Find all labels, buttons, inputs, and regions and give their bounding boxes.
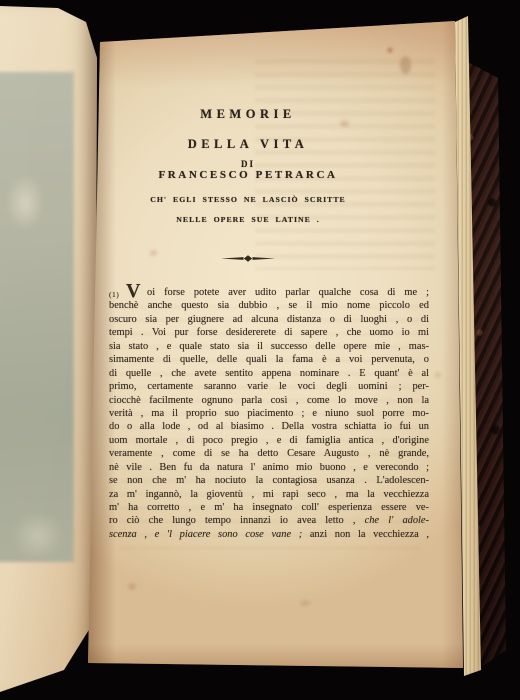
body-line: primo, certamente saranno varie le voci …: [109, 380, 429, 393]
body-line: m' ha corretto , e m' ha insegnato coll'…: [109, 501, 429, 514]
book-subtitle-line2: NELLE OPERE SUE LATINE .: [88, 215, 408, 224]
body-line: scenza , e 'l piacere sono cose vane ; a…: [109, 528, 429, 541]
body-line: di quelle , che avete sentito appena nom…: [109, 367, 429, 380]
foxing-spot: [435, 372, 441, 378]
body-text: (1)Voi forse potete aver udito parlar qu…: [109, 286, 429, 541]
title-block: MEMORIE DELLA VITA DI FRANCESCO PETRARCA…: [88, 18, 408, 248]
engraving-showthrough: [0, 72, 74, 562]
body-line: uom mortale , di poco pregio , e di fami…: [109, 434, 429, 447]
tapered-rule-ornament-icon: [221, 254, 275, 263]
body-line: se non che m' ha nociuto la contagiosa u…: [109, 474, 429, 487]
foxing-spot: [300, 600, 310, 606]
title-page: MEMORIE DELLA VITA DI FRANCESCO PETRARCA…: [86, 18, 468, 670]
book-title-francesco-petrarca: FRANCESCO PETRARCA: [88, 169, 408, 181]
footnote-marker: (1): [109, 290, 119, 299]
body-line: benchè anche questo sia dubbio , se il m…: [109, 299, 429, 312]
drop-initial: V: [126, 281, 140, 301]
book-title-della-vita: DELLA VITA: [88, 137, 408, 152]
body-line: do o alla lode , od al biasimo . Della v…: [109, 420, 429, 433]
body-line: oscuro sia per giugnere ad alcuna distan…: [109, 313, 429, 326]
body-line: tempi . Voi pur forse desidererete di sa…: [109, 326, 429, 339]
plate-highlight: [12, 512, 64, 560]
body-line: simamente di quelle, delle quali la fama…: [109, 353, 429, 366]
body-line: sia stato , e quale stato sia il success…: [109, 340, 429, 353]
foxing-spot: [150, 250, 157, 256]
body-line: verità , ma il proprio suo piacimento ; …: [109, 407, 429, 420]
body-line: nè vile . Ben fu da natura l' animo mio …: [109, 461, 429, 474]
body-line: veramente , come di se ha detto Cesare A…: [109, 447, 429, 460]
book-subtitle-line1: CH' EGLI STESSO NE LASCIÒ SCRITTE: [88, 195, 408, 204]
body-line: ro ciò che lungo tempo innanzi io avea l…: [109, 514, 429, 527]
body-line: oi forse potete aver udito parlar qualch…: [109, 286, 429, 299]
plate-highlight: [6, 174, 44, 232]
foxing-spot: [128, 583, 136, 590]
body-line: ciocchè facilmente ognuno parla così , c…: [109, 394, 429, 407]
left-page: [0, 0, 98, 700]
book-title-memorie: MEMORIE: [88, 107, 408, 122]
book-photograph: MEMORIE DELLA VITA DI FRANCESCO PETRARCA…: [0, 0, 520, 700]
body-line: za m' ingannò, la gioventù , mi rapì sec…: [109, 488, 429, 501]
book-title-di: DI: [88, 159, 408, 169]
